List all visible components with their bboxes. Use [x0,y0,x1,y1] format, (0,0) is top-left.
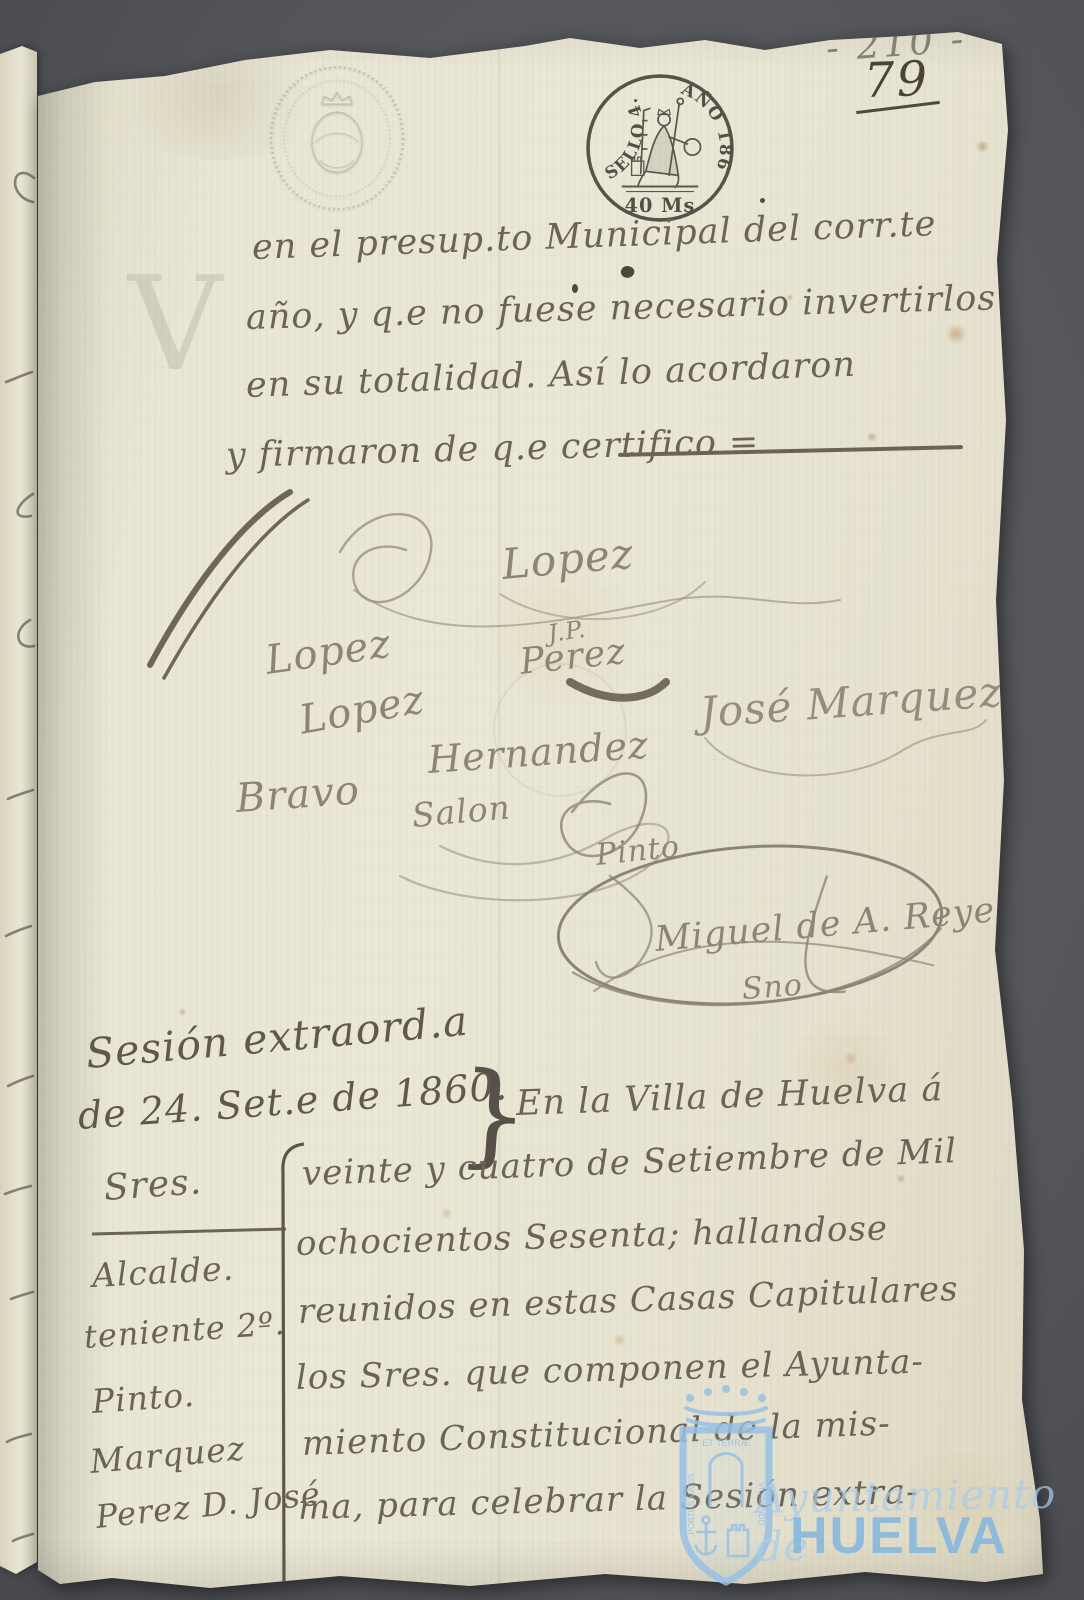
manuscript-page-wrap: SELLO 4.º AÑO 1860. [0,0,1084,1600]
manuscript-line: y firmaron de q.e certifico = [225,422,759,476]
session-body-line: reunidos en estas Casas Capitulares [297,1269,959,1332]
session-body-line: veinte y cuatro de Setiembre de Mil [301,1131,957,1194]
manuscript-page: SELLO 4.º AÑO 1860. [0,0,1084,1600]
session-body-line: miento Constitucional de la mis- [301,1403,891,1464]
session-body-line: ma, para celebrar la Sesión extra- [297,1472,919,1528]
session-body-line: los Sres. que componen el Ayunta- [295,1342,924,1398]
fox-spot [612,1334,627,1346]
margin-item-marquez: Marquez [88,1429,246,1481]
margin-header-sres: Sres. [103,1161,204,1209]
ink-blot [619,264,636,280]
margin-item-pinto: Pinto. [91,1375,197,1421]
session-body-line: En la Villa de Huelva á [515,1069,944,1124]
fox-spot [1000,880,1013,891]
svg-text:SELLO 4.º: SELLO 4.º [584,72,648,183]
session-body-line: ochocientos Sesenta; hallandose [295,1209,888,1264]
bleedthrough-ghost-letter: V [128,248,222,400]
fox-spot [896,1174,906,1183]
fox-spot [440,1208,453,1219]
margin-item-alcalde: Alcalde. [91,1249,235,1295]
margin-item-teniente: teniente 2º. [83,1304,287,1356]
fox-spot [944,324,968,344]
fox-spot [866,432,878,442]
fox-spot [975,140,990,153]
ink-blot [760,198,765,203]
manuscript-line: en su totalidad. Así lo acordaron [245,345,856,406]
signature-bravo: Bravo [234,767,361,822]
tax-stamp-1860: SELLO 4.º AÑO 1860. [584,72,736,228]
stamp-arc-left-text: SELLO 4.º [584,72,648,183]
margin-header-underline [92,1227,286,1235]
folio-number-ink: 79 [863,51,930,109]
fox-spot [842,1052,859,1065]
scan-background: SELLO 4.º AÑO 1860. [0,0,1084,1600]
manuscript-line: año, y q.e no fuese necesario invertirlo… [245,278,996,338]
signature-secretary-title: Sno [741,968,804,1007]
embossed-royal-seal-icon [266,62,408,218]
session-heading-line2: de 24. Set.e de 1860. [76,1064,509,1138]
